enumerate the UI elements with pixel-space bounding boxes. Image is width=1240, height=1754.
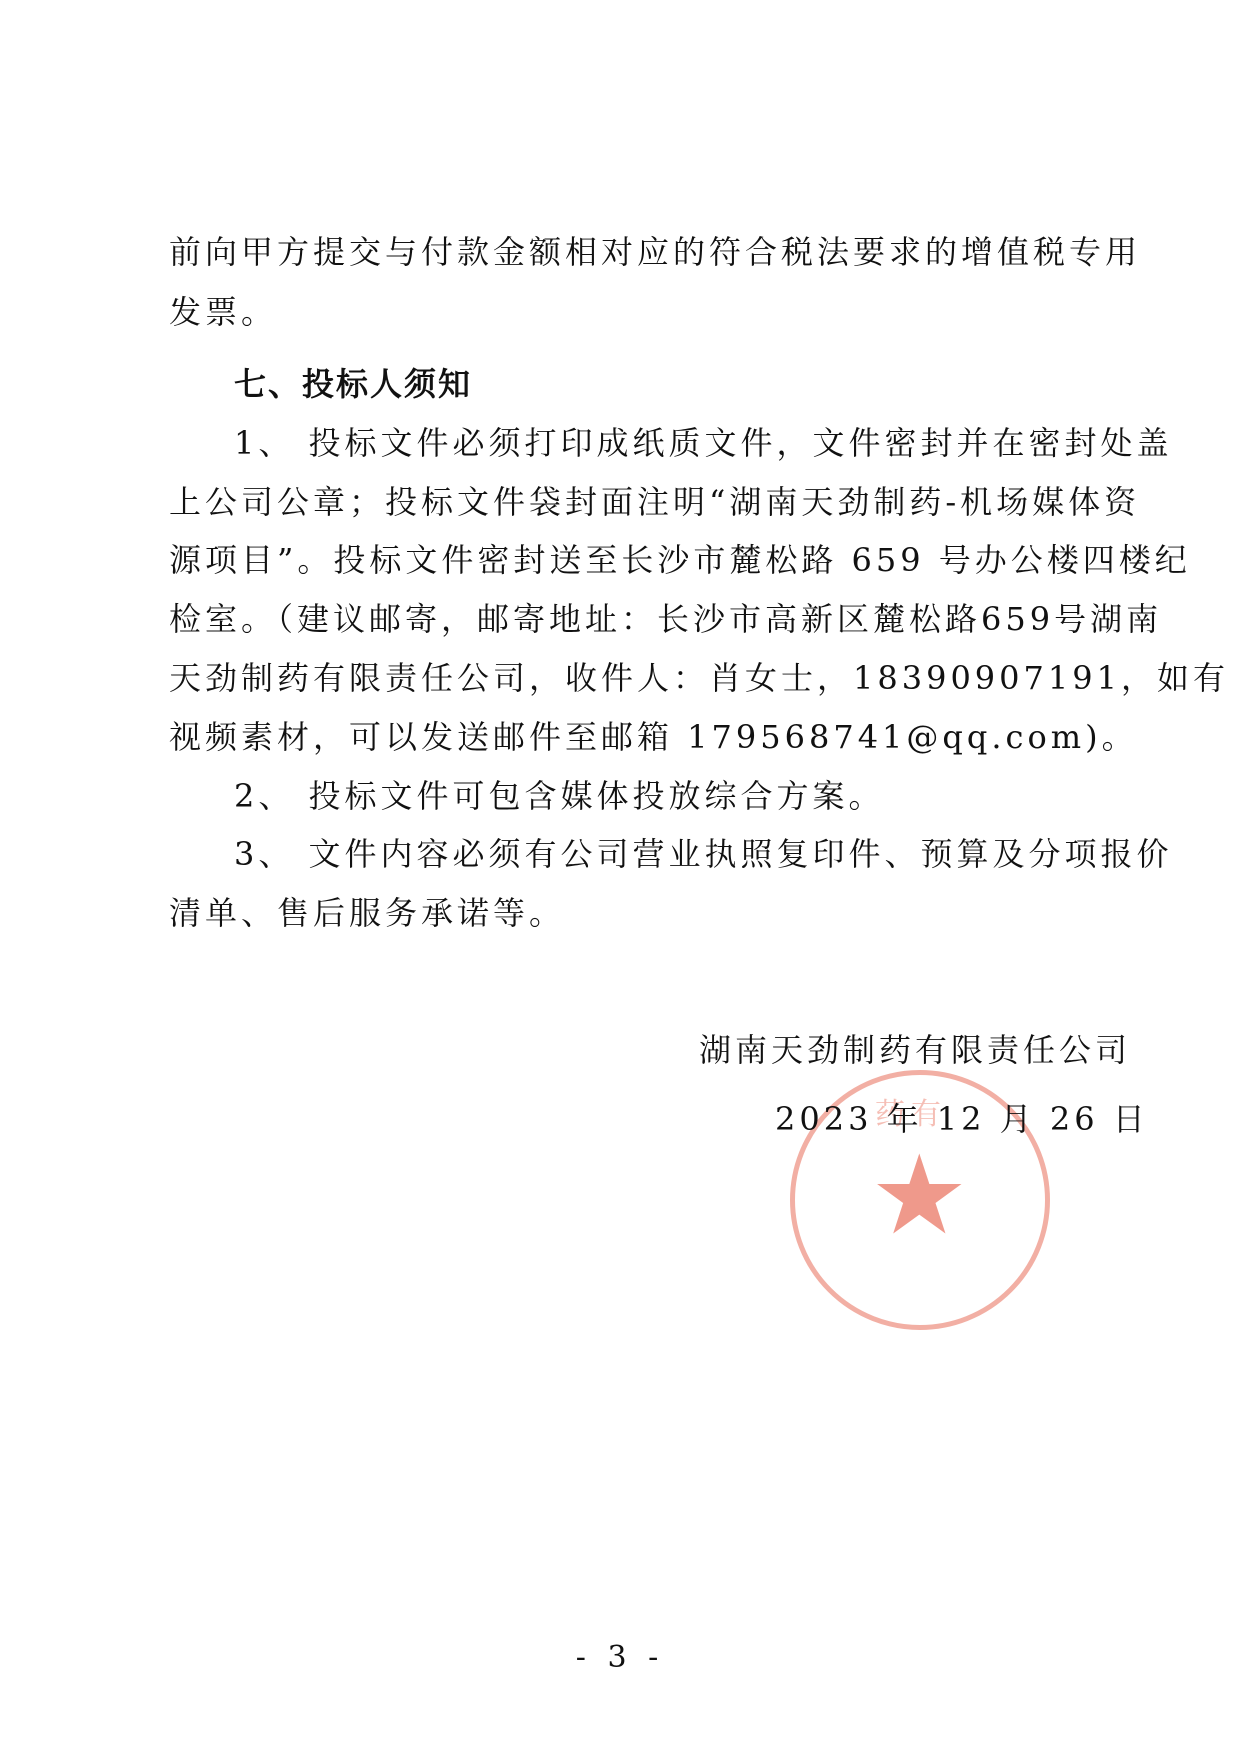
list-item-1-line: 检室。（建议邮寄，邮寄地址：长沙市高新区麓松路659号湖南 (169, 599, 1099, 639)
list-item-3-line: 3、 文件内容必须有公司营业执照复印件、预算及分项报价 (234, 834, 1099, 874)
page-number: - 3 - (0, 1640, 1240, 1675)
list-item-1-line: 源项目”。投标文件密封送至长沙市麓松路 659 号办公楼四楼纪 (169, 540, 1099, 580)
paragraph-line: 前向甲方提交与付款金额相对应的符合税法要求的增值税专用 (169, 232, 1099, 272)
list-item-2: 2、 投标文件可包含媒体投放综合方案。 (234, 776, 885, 816)
list-item-3-line: 清单、售后服务承诺等。 (169, 893, 565, 933)
list-item-1-line: 1、 投标文件必须打印成纸质文件，文件密封并在密封处盖 (234, 423, 1099, 463)
list-item-1-line: 视频素材，可以发送邮件至邮箱 179568741@qq.com)。 (169, 717, 1138, 757)
list-item-1-line: 上公司公章；投标文件袋封面注明“湖南天劲制药-机场媒体资 (169, 482, 1099, 522)
signature-company: 湖南天劲制药有限责任公司 (699, 1030, 1131, 1070)
paragraph-line: 发票。 (169, 292, 277, 332)
signature-date: 2023 年 12 月 26 日 (775, 1099, 1149, 1139)
section-heading: 七、投标人须知 (234, 364, 472, 404)
star-icon: ★ (870, 1140, 969, 1250)
list-item-1-line: 天劲制药有限责任公司，收件人：肖女士，18390907191，如有 (169, 658, 1099, 698)
